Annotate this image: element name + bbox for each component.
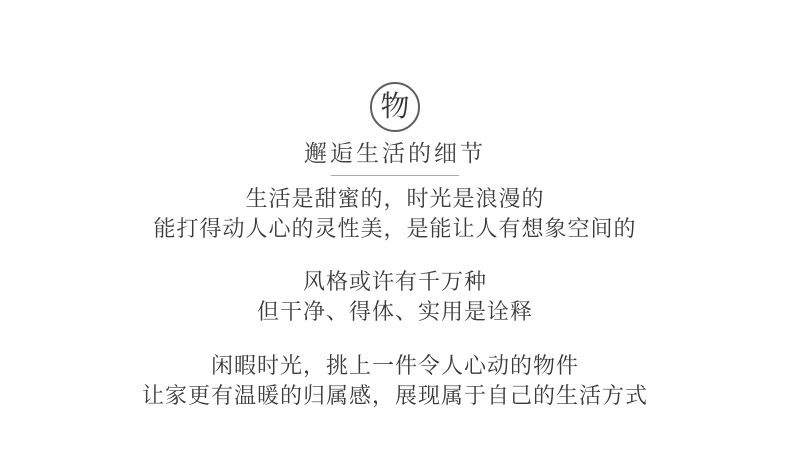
paragraph-1-line-2: 能打得动人心的灵性美，是能让人有想象空间的 [0,214,790,244]
paragraph-1-line-1: 生活是甜蜜的，时光是浪漫的 [0,184,790,214]
paragraph-2: 风格或许有千万种 但干净、得体、实用是诠释 [0,267,790,327]
heading-divider [331,175,459,176]
product-detail-intro-section: 物 邂逅生活的细节 生活是甜蜜的，时光是浪漫的 能打得动人心的灵性美，是能让人有… [0,0,790,471]
emblem-character: 物 [380,93,409,122]
paragraph-1: 生活是甜蜜的，时光是浪漫的 能打得动人心的灵性美，是能让人有想象空间的 [0,184,790,244]
paragraph-3-line-2: 让家更有温暖的归属感，展现属于自己的生活方式 [0,381,790,411]
section-heading: 邂逅生活的细节 [0,139,790,167]
paragraph-2-line-1: 风格或许有千万种 [0,267,790,297]
paragraph-3: 闲暇时光，挑上一件令人心动的物件 让家更有温暖的归属感，展现属于自己的生活方式 [0,351,790,411]
paragraph-2-line-2: 但干净、得体、实用是诠释 [0,297,790,327]
emblem-circle: 物 [370,82,420,132]
paragraph-3-line-1: 闲暇时光，挑上一件令人心动的物件 [0,351,790,381]
